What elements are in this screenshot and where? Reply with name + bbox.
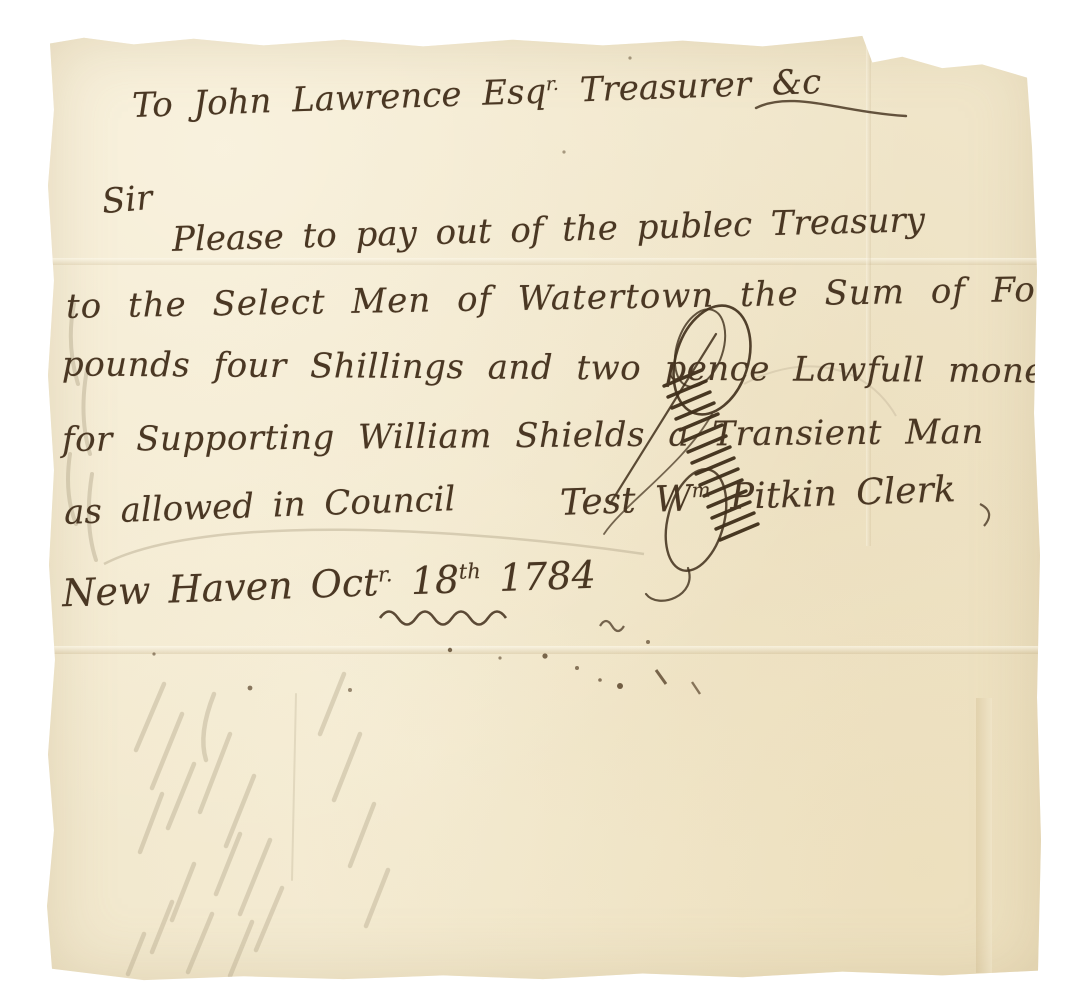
date-year: 1784 [498,553,596,600]
date-superscript-th: th [458,559,481,584]
attestation-rest: Pitkin Clerk [729,469,956,518]
show-through-writing-lower-left [128,674,388,976]
date-superscript-r: r. [378,562,393,586]
salutation-line: Sir [100,178,154,222]
document-paper: To John Lawrence Esqr. Treasurer &c Sir … [44,34,1042,982]
address-rest: Treasurer &c [579,62,822,110]
small-squiggle-mark [600,621,624,631]
date-underline-flourish [380,612,506,625]
date-day: 18 [410,557,460,603]
body-line-3: pounds four Shillings and two pence Lawf… [62,345,1065,392]
clerk-tail-flourish [980,504,989,526]
address-superscript: r. [546,74,560,95]
attestation-superscript: m [691,479,711,503]
attestation-prefix: Test W [559,478,692,524]
body-line-4: for Supporting William Shields a Transie… [62,412,984,460]
